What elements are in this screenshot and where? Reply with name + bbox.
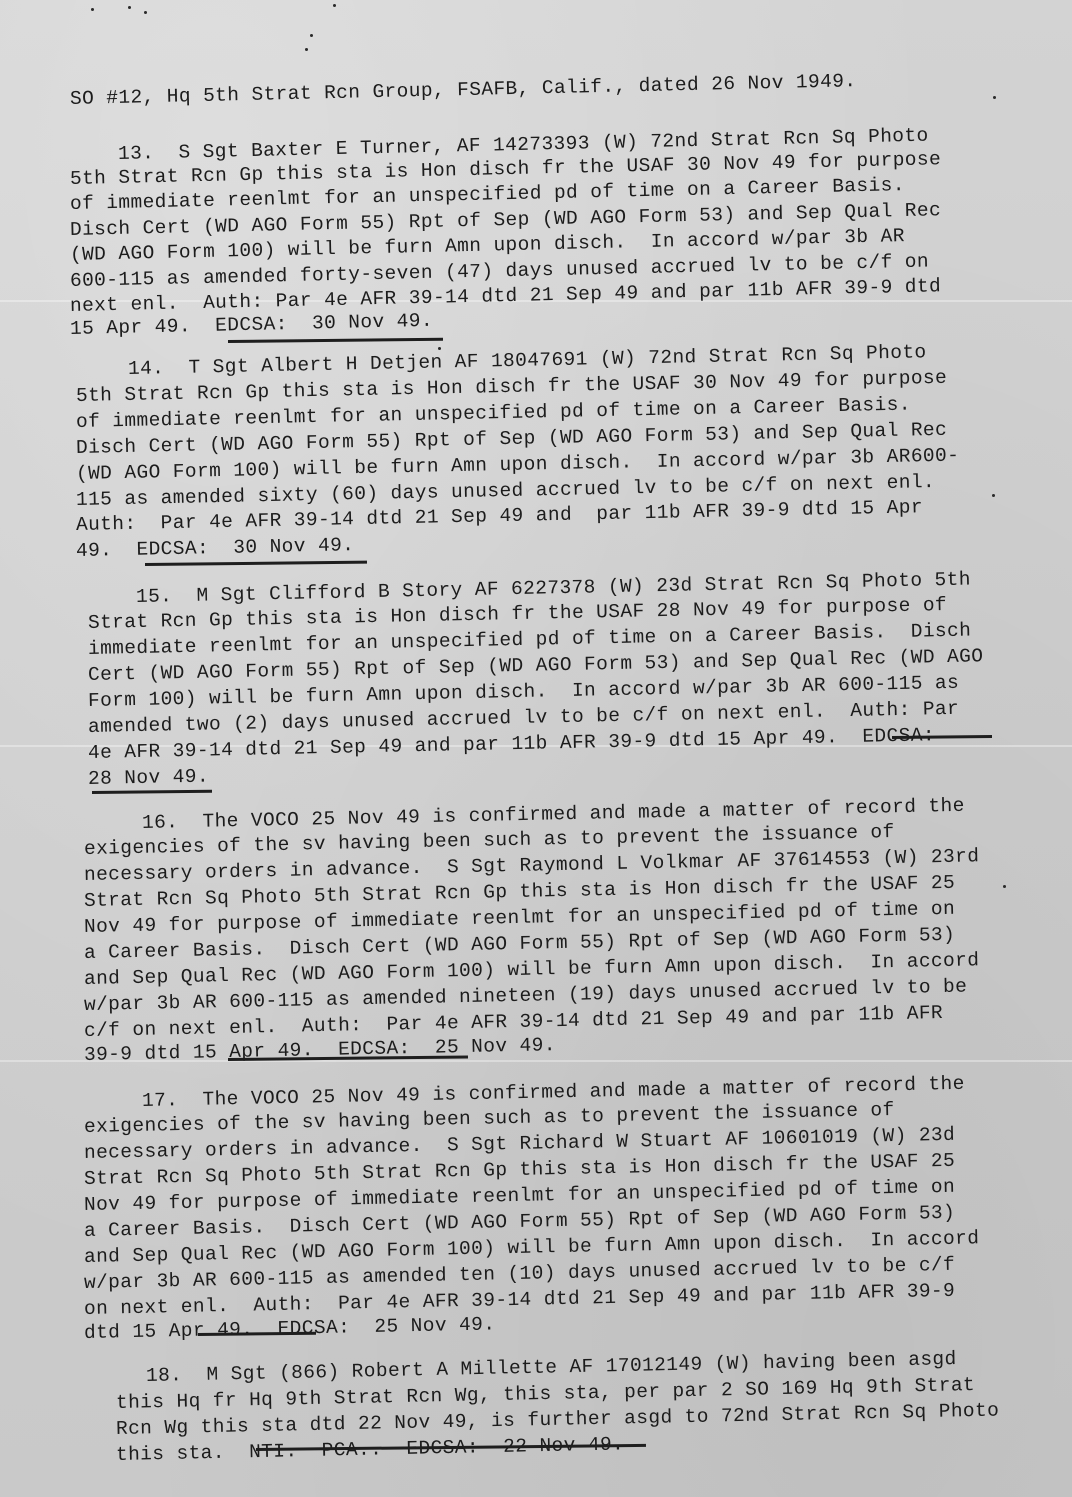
scan-speck — [128, 6, 131, 9]
paragraph-line: 28 Nov 49. — [88, 765, 209, 790]
scan-speck — [333, 4, 336, 7]
scan-speck — [992, 494, 995, 497]
scan-speck — [993, 96, 996, 99]
edcsa-underline — [892, 735, 992, 739]
edcsa-underline — [92, 790, 212, 794]
scan-speck — [144, 11, 147, 14]
scan-speck — [1003, 885, 1006, 888]
edcsa-underline — [145, 561, 367, 566]
scan-speck — [438, 347, 441, 350]
scan-speck — [305, 48, 308, 51]
scan-speck — [91, 8, 94, 11]
paragraph-line: 49. EDCSA: 30 Nov 49. — [76, 534, 355, 562]
order-header: SO #12, Hq 5th Strat Rcn Group, FSAFB, C… — [70, 70, 857, 110]
edcsa-underline — [228, 338, 443, 343]
scan-speck — [310, 34, 313, 37]
scanned-page: SO #12, Hq 5th Strat Rcn Group, FSAFB, C… — [0, 0, 1072, 1497]
